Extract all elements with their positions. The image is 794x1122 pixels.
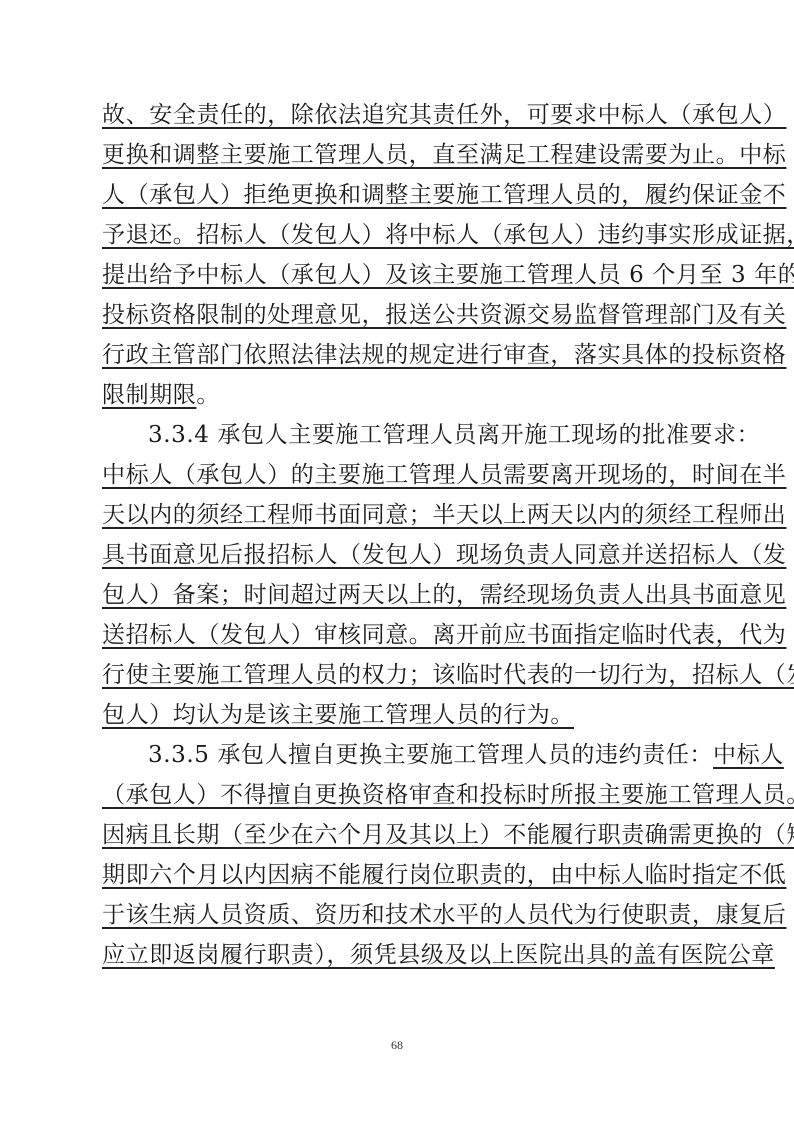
underlined-text: 行使主要施工管理人员的权力；该临时代表的一切行为，招标人（发 (102, 662, 794, 688)
underlined-text: 中标人 (713, 742, 784, 768)
text-line: 更换和调整主要施工管理人员，直至满足工程建设需要为止。中标 (102, 135, 694, 175)
underlined-text: （承包人）不得擅自更换资格审查和投标时所报主要施工管理人员。 (102, 782, 794, 808)
paragraph-3-3-4: 3.3.4 承包人主要施工管理人员离开施工现场的批准要求： 中标人（承包人）的主… (102, 415, 694, 735)
text-line: （承包人）不得擅自更换资格审查和投标时所报主要施工管理人员。 (102, 775, 694, 815)
text-line: 予退还。招标人（发包人）将中标人（承包人）违约事实形成证据， (102, 215, 694, 255)
underlined-text: 送招标人（发包人）审核同意。离开前应书面指定临时代表，代为 (102, 622, 786, 648)
text-line: 行使主要施工管理人员的权力；该临时代表的一切行为，招标人（发 (102, 655, 694, 695)
underlined-text: 提出给予中标人（承包人）及该主要施工管理人员 6 个月至 3 年的 (102, 262, 794, 288)
underlined-text: 人（承包人）拒绝更换和调整主要施工管理人员的，履约保证金不 (102, 182, 786, 208)
section-heading-3-3-4: 3.3.4 承包人主要施工管理人员离开施工现场的批准要求： (148, 422, 760, 448)
underlined-text: 故、安全责任的，除依法追究其责任外，可要求中标人（承包人） (102, 102, 786, 128)
text-line: 送招标人（发包人）审核同意。离开前应书面指定临时代表，代为 (102, 615, 694, 655)
plain-text: 。 (196, 382, 220, 408)
text-line: 包人）备案；时间超过两天以上的，需经现场负责人出具书面意见 (102, 575, 694, 615)
text-line: 投标资格限制的处理意见，报送公共资源交易监督管理部门及有关 (102, 295, 694, 335)
text-line: 中标人（承包人）的主要施工管理人员需要离开现场的，时间在半 (102, 455, 694, 495)
paragraph-continued: 故、安全责任的，除依法追究其责任外，可要求中标人（承包人） 更换和调整主要施工管… (102, 95, 694, 415)
underlined-text: 行政主管部门依照法律法规的规定进行审查，落实具体的投标资格 (102, 342, 786, 368)
text-line: 限制期限。 (102, 375, 694, 415)
text-line: 行政主管部门依照法律法规的规定进行审查，落实具体的投标资格 (102, 335, 694, 375)
text-line: 天以内的须经工程师书面同意；半天以上两天以内的须经工程师出 (102, 495, 694, 535)
text-line: 因病且长期（至少在六个月及其以上）不能履行职责确需更换的（短 (102, 815, 694, 855)
underlined-text: 中标人（承包人）的主要施工管理人员需要离开现场的，时间在半 (102, 462, 786, 488)
underlined-text: 投标资格限制的处理意见，报送公共资源交易监督管理部门及有关 (102, 302, 786, 328)
text-line: 期即六个月以内因病不能履行岗位职责的，由中标人临时指定不低 (102, 855, 694, 895)
page-number: 68 (0, 1038, 794, 1053)
underlined-text: 具书面意见后报招标人（发包人）现场负责人同意并送招标人（发 (102, 542, 786, 568)
underlined-text: 予退还。招标人（发包人）将中标人（承包人）违约事实形成证据， (102, 222, 794, 248)
document-page-body: 故、安全责任的，除依法追究其责任外，可要求中标人（承包人） 更换和调整主要施工管… (102, 95, 694, 975)
underlined-text: 期即六个月以内因病不能履行岗位职责的，由中标人临时指定不低 (102, 862, 786, 888)
underlined-text: 因病且长期（至少在六个月及其以上）不能履行职责确需更换的（短 (102, 822, 794, 848)
text-line: 故、安全责任的，除依法追究其责任外，可要求中标人（承包人） (102, 95, 694, 135)
underlined-text: 更换和调整主要施工管理人员，直至满足工程建设需要为止。中标 (102, 142, 786, 168)
section-heading-line: 3.3.4 承包人主要施工管理人员离开施工现场的批准要求： (102, 415, 694, 455)
text-line: 于该生病人员资质、资历和技术水平的人员代为行使职责，康复后 (102, 895, 694, 935)
text-line: 具书面意见后报招标人（发包人）现场负责人同意并送招标人（发 (102, 535, 694, 575)
text-line: 人（承包人）拒绝更换和调整主要施工管理人员的，履约保证金不 (102, 175, 694, 215)
underlined-text: 包人）均认为是该主要施工管理人员的行为。 (102, 702, 574, 728)
section-heading-line: 3.3.5 承包人擅自更换主要施工管理人员的违约责任：中标人 (102, 735, 694, 775)
text-line: 应立即返岗履行职责），须凭县级及以上医院出具的盖有医院公章 (102, 935, 694, 975)
text-line: 包人）均认为是该主要施工管理人员的行为。 (102, 695, 694, 735)
underlined-text: 于该生病人员资质、资历和技术水平的人员代为行使职责，康复后 (102, 902, 786, 928)
text-line: 提出给予中标人（承包人）及该主要施工管理人员 6 个月至 3 年的 (102, 255, 694, 295)
underlined-text: 包人）备案；时间超过两天以上的，需经现场负责人出具书面意见 (102, 582, 786, 608)
underlined-text: 限制期限 (102, 382, 196, 408)
underlined-text: 应立即返岗履行职责），须凭县级及以上医院出具的盖有医院公章 (102, 942, 775, 968)
paragraph-3-3-5: 3.3.5 承包人擅自更换主要施工管理人员的违约责任：中标人 （承包人）不得擅自… (102, 735, 694, 975)
underlined-text: 天以内的须经工程师书面同意；半天以上两天以内的须经工程师出 (102, 502, 786, 528)
section-heading-3-3-5: 3.3.5 承包人擅自更换主要施工管理人员的违约责任： (148, 742, 713, 768)
